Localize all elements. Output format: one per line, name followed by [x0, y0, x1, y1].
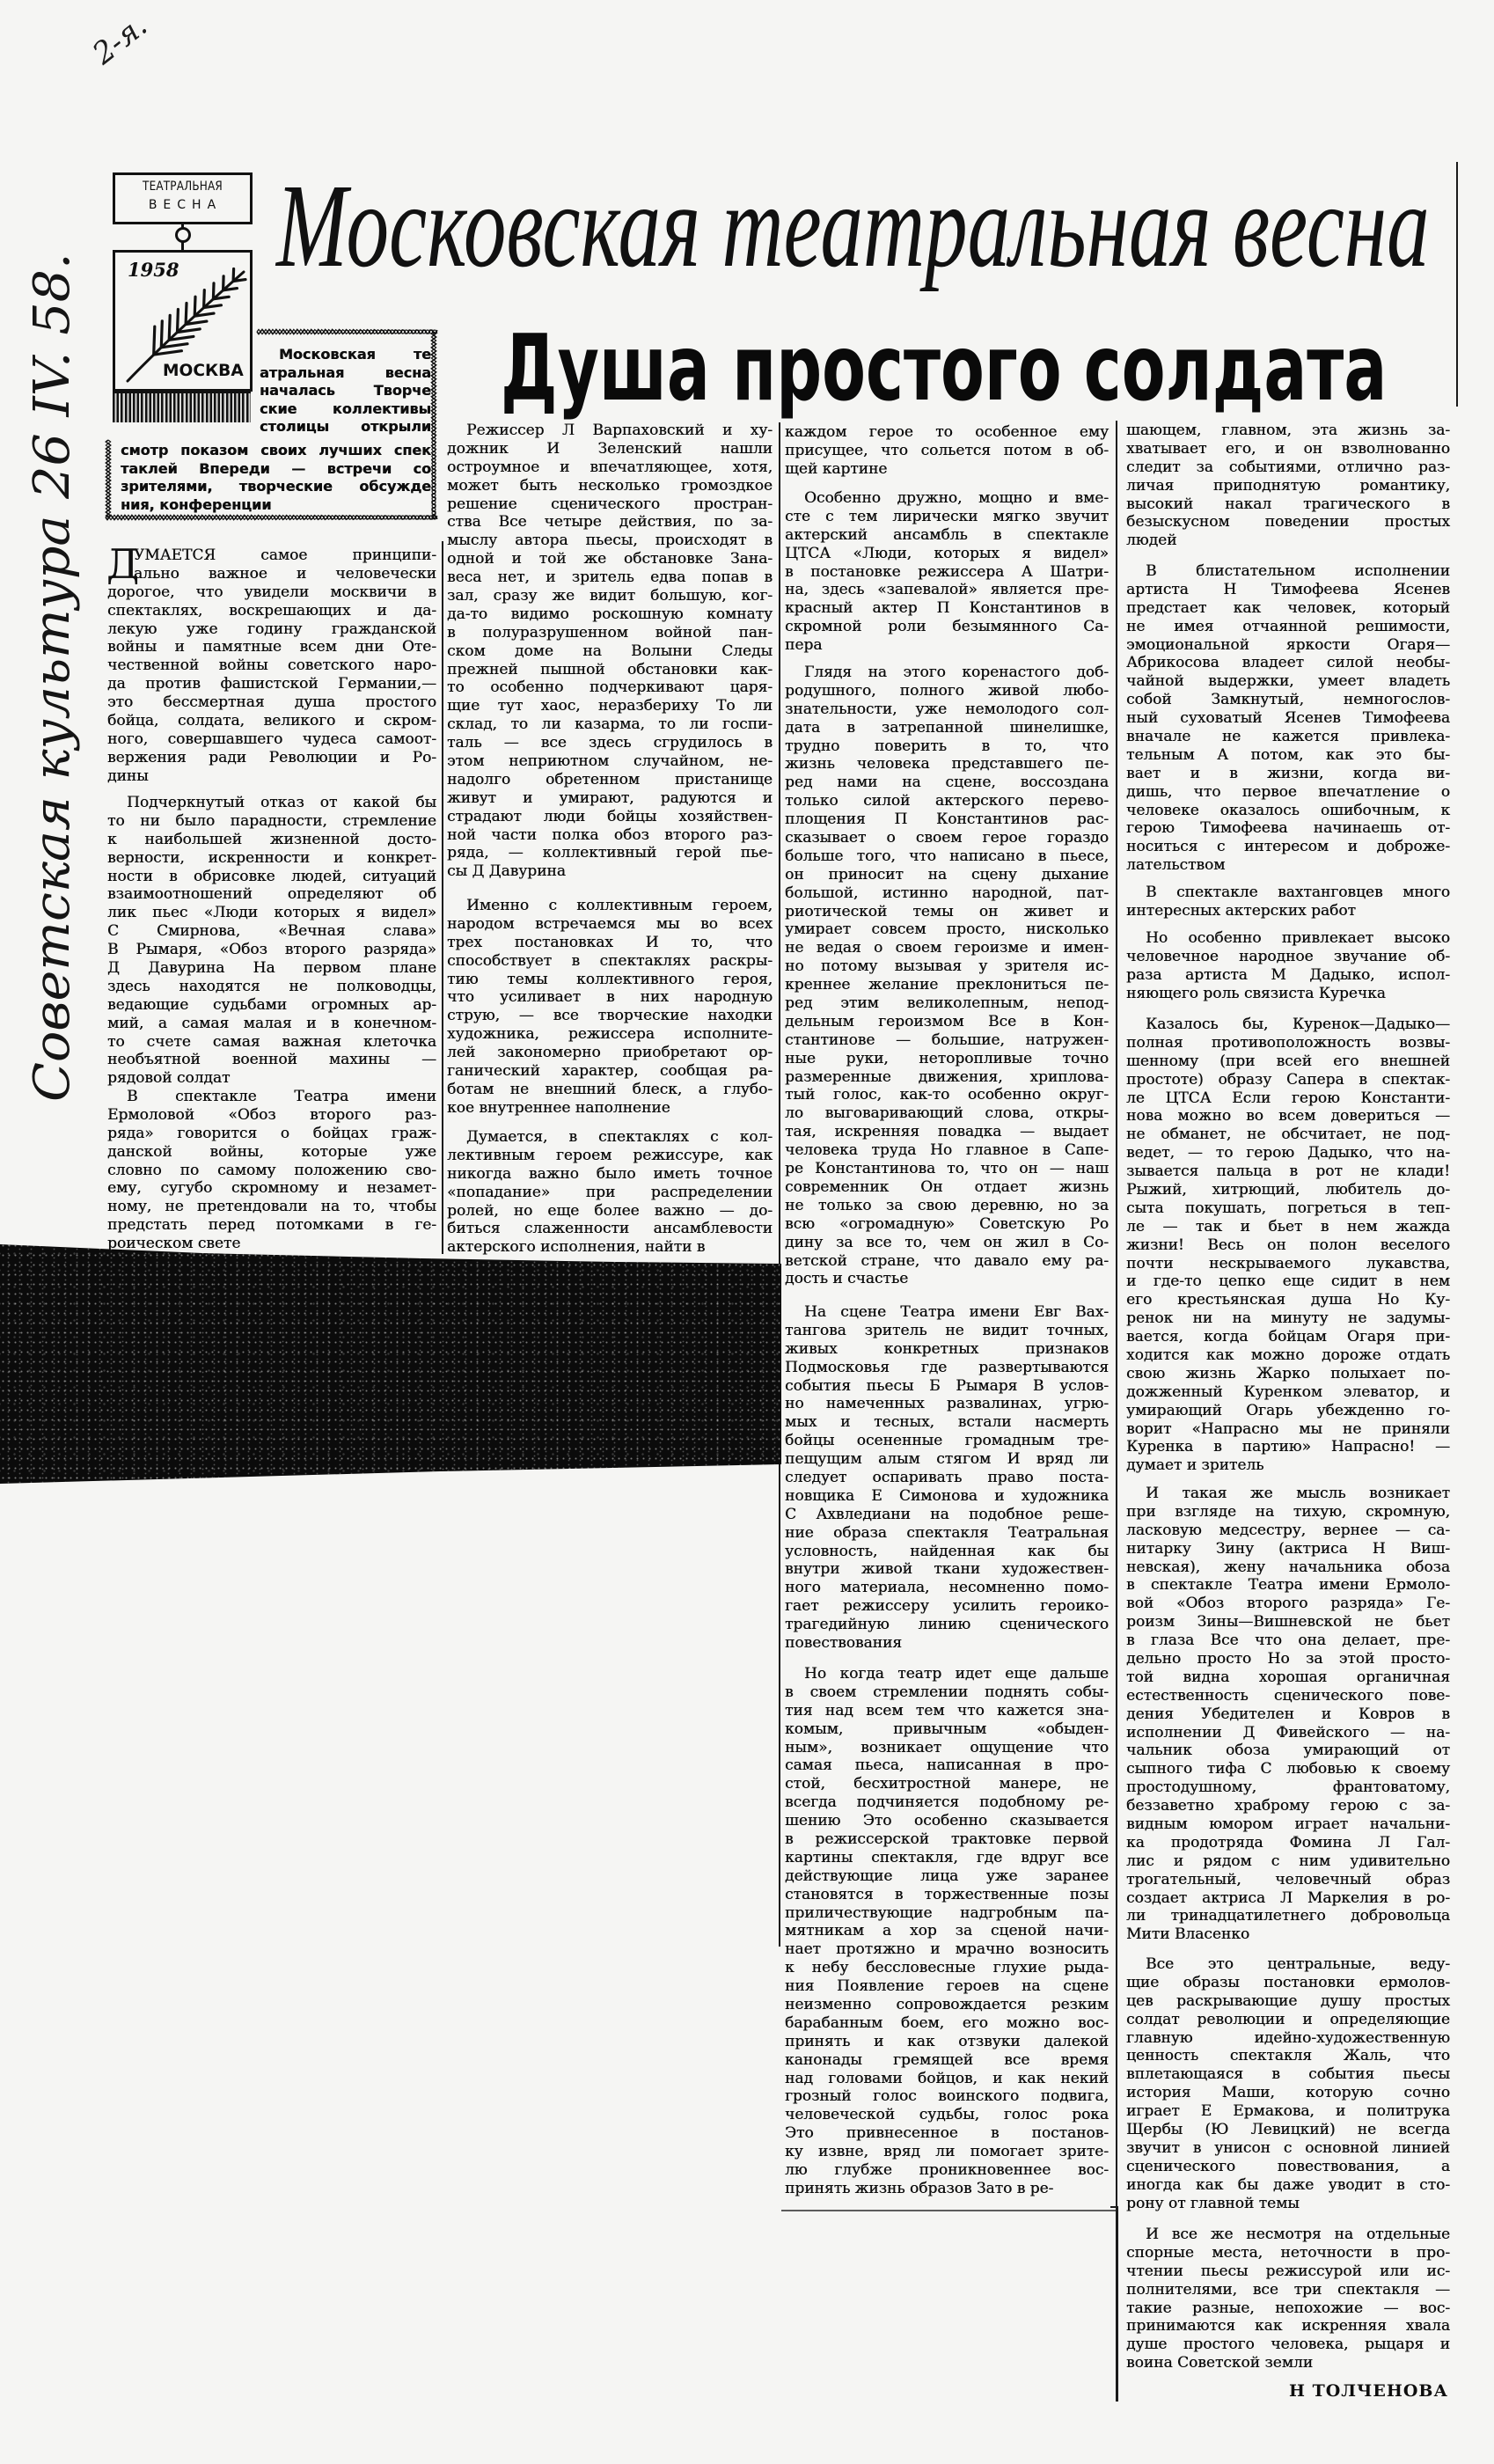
text-line: ния, конференции	[121, 496, 431, 515]
text-line: мыслу автора пьесы, происходят в	[447, 532, 773, 550]
column-rule-thick	[1116, 2206, 1118, 2402]
text-line: нает протяжно и мрачно возносить	[785, 1940, 1109, 1959]
drop-cap: Д	[106, 544, 139, 584]
text-line: щей картине	[785, 460, 1109, 479]
text-line: грозный голос воинского подвига,	[785, 2087, 1109, 2106]
text-line: прежней пышной обстановки как-	[447, 661, 773, 679]
text-line: началась Творче	[260, 382, 431, 400]
text-line: Мити Власенко	[1126, 1925, 1450, 1944]
text-line: канонады гремящей все время	[785, 2051, 1109, 2070]
text-line: спектаклях, воскрешающих и да-	[107, 602, 436, 620]
text-line: нитарку Зину (актриса Н Виш-	[1126, 1540, 1450, 1558]
text-line: ценность спектакля Жаль, что	[1126, 2047, 1450, 2065]
text-line: к небу бессловесные глухие рыда-	[785, 1959, 1109, 1977]
rule-tick	[1110, 2206, 1117, 2208]
text-line: человеке оказалось ошибочным, к	[1126, 802, 1450, 820]
text-line: Ермоловой «Обоз второго раз-	[107, 1106, 436, 1125]
text-line: пещущим алым стягом И вряд ли	[785, 1450, 1109, 1469]
text-line: мятникам а хор за сценой начи-	[785, 1922, 1109, 1940]
text-line: Все это центральные, веду-	[1146, 1955, 1450, 1974]
text-line: больше того, что написано в пьесе,	[785, 847, 1109, 866]
text-line: ботам не внешний блеск, а глубо-	[447, 1081, 773, 1099]
text-line: лательством	[1126, 856, 1450, 875]
text-line: интересных актерских работ	[1126, 902, 1450, 920]
text-line: дожженный Куренком элеватор, и	[1126, 1383, 1450, 1402]
text-line: В спектакле вахтанговцев много	[1146, 884, 1450, 902]
text-line: сыпного тифа С любовью к своему	[1126, 1760, 1450, 1778]
paragraph: На сцене Театра имени Евг Вах-тангова зр…	[785, 1303, 1109, 1653]
text-line: ку извне, вряд ли помогает зрите-	[785, 2143, 1109, 2161]
text-line: И все же несмотря на отдельные	[1146, 2226, 1450, 2244]
text-line: жизнь человека представшего пе-	[785, 755, 1109, 774]
text-line: повествования	[785, 1634, 1109, 1653]
text-line: то особенно подчеркивают царя-	[447, 678, 773, 697]
text-line: пера	[785, 636, 1109, 655]
text-line: свою жизнь Жарко полыхает по-	[1126, 1365, 1450, 1383]
handwritten-margin-text: Советская культура 26 IV. 58.	[18, 253, 88, 1102]
text-line: ле — так и бьет в нем жажда	[1126, 1218, 1450, 1236]
column-rule-right	[1456, 162, 1458, 407]
text-line: Именно с коллективным героем,	[466, 897, 773, 915]
text-line: сценического повествования, а	[1126, 2158, 1450, 2176]
text-line: чтении пьесы режиссурой или ис-	[1126, 2262, 1450, 2281]
paragraph: Режиссер Л Варпаховский и ху-дожник И Зе…	[447, 422, 773, 881]
text-line: С Смирнова, «Вечная слава»	[107, 922, 436, 941]
text-line: принять и как отзвуки далекой	[785, 2033, 1109, 2051]
rubric-plate: 1958 МОСКВА	[113, 250, 253, 392]
text-line: но потому вызывая у зрителя ис-	[785, 957, 1109, 976]
text-line: На сцене Театра имени Евг Вах-	[804, 1303, 1109, 1322]
paragraph: В блистательном исполненииартиста Н Тимо…	[1126, 562, 1450, 875]
text-line: скромной роли безымянного Са-	[785, 618, 1109, 636]
text-line: самая пьеса, написанная в про-	[785, 1756, 1109, 1775]
text-line: площения П Константинов рас-	[785, 810, 1109, 829]
text-line: одной и той же обстановке Зана-	[447, 550, 773, 568]
text-line: Но особенно привлекает высоко	[1146, 929, 1450, 948]
text-line: ведающие судьбами огромных ар-	[107, 996, 436, 1015]
text-line: ЦТСА «Люди, которых я видел»	[785, 545, 1109, 563]
text-line: ские коллективы	[260, 400, 431, 419]
text-line: ства Все четыре действия, по за-	[447, 513, 773, 532]
text-line: ло выговаривающий слова, откры-	[785, 1104, 1109, 1123]
text-line: ряда» говорится о бойцах граж-	[107, 1125, 436, 1143]
text-line: вается, когда бойцам Огаря при-	[1126, 1328, 1450, 1346]
text-line: невская), жену начальника обоза	[1126, 1558, 1450, 1577]
text-line: главную идейно-художественную	[1126, 2029, 1450, 2048]
text-line: это бессмертная душа простого	[107, 693, 436, 712]
text-line: живут и умирают, радуются и	[447, 789, 773, 808]
text-line: каждом герое то особенное ему	[785, 423, 1109, 442]
text-line: ред нами на сцене, воссоздана	[785, 774, 1109, 792]
text-line: никогда важно было иметь точное	[447, 1165, 773, 1184]
text-line: может быть несколько громоздкое	[447, 477, 773, 495]
text-line: внутри живой ткани художествен-	[785, 1560, 1109, 1579]
newspaper-clipping: 2-я. Советская культура 26 IV. 58. ТЕАТР…	[0, 0, 1494, 2464]
text-line: стой, бесхитростной манере, не	[785, 1775, 1109, 1793]
column-rule	[779, 422, 780, 1947]
text-line: на, здесь «запевалой» является пре-	[785, 581, 1109, 599]
text-line: чественной войны советского наро-	[107, 656, 436, 675]
text-line: тый голос, как-то особенно округ-	[785, 1086, 1109, 1104]
text-line: вой «Обоз второго разряда» Ге-	[1126, 1595, 1450, 1613]
announcement-box-bottom: смотр показом своих лучших спек таклей В…	[121, 442, 431, 514]
text-line: такие разные, непохожие — вос-	[1126, 2299, 1450, 2318]
text-line: ему, сугубо скромному и незамет-	[107, 1179, 436, 1198]
text-line: ли тринадцатилетнего добровольца	[1126, 1907, 1450, 1925]
text-line: ным», возникает ощущение что	[785, 1739, 1109, 1757]
text-line: сы Д Давурина	[447, 862, 773, 881]
text-line: лективным героем режиссуре, как	[447, 1147, 773, 1165]
text-line: Глядя на этого коренастого доб-	[804, 664, 1109, 682]
paragraph: В спектакле Театра имениЕрмоловой «Обоз …	[107, 1088, 436, 1253]
rubric-city: МОСКВА	[163, 361, 244, 380]
text-line: при взгляде на тихую, скромную,	[1126, 1503, 1450, 1522]
text-line: естественность сценического пове-	[1126, 1687, 1450, 1705]
text-line: ре Константинова то, что он — наш	[785, 1160, 1109, 1178]
text-line: думает и зритель	[1126, 1456, 1450, 1475]
text-line: ние образа спектакля Театральная	[785, 1524, 1109, 1543]
text-line: стантинове — большие, натружен-	[785, 1031, 1109, 1050]
text-line: трогательный, человечный образ	[1126, 1871, 1450, 1889]
text-line: сте с тем лирически мягко звучит	[785, 508, 1109, 526]
text-line: простодушному, франтоватому,	[1126, 1778, 1450, 1797]
text-line: история Маши, которую сочно	[1126, 2084, 1450, 2102]
paragraph: В спектакле вахтанговцев многоинтересных…	[1126, 884, 1450, 920]
text-line: полнителями, все три спектакля —	[1126, 2281, 1450, 2299]
text-line: солдат революции и определяющие	[1126, 2011, 1450, 2029]
text-line: данской войны, которые уже	[107, 1143, 436, 1162]
text-line: роизм Зины—Вишневской не бьет	[1126, 1613, 1450, 1632]
text-line: герою Тимофеева начинаешь от-	[1126, 819, 1450, 838]
text-line: носиться с интересом и доброже-	[1126, 838, 1450, 856]
text-line: Абрикосова владеет силой необы-	[1126, 654, 1450, 672]
text-line: С Ахвледиани на подобное реше-	[785, 1506, 1109, 1524]
text-line: зал, сразу же видит большую, ког-	[447, 587, 773, 605]
text-line: лекую уже годину гражданской	[107, 620, 436, 639]
text-line: принять жизнь образов Зато в ре-	[785, 2180, 1109, 2198]
text-line: дины	[107, 767, 436, 786]
text-line: предстает как человек, который	[1126, 599, 1450, 618]
paragraph: Особенно дружно, мощно и вме-сте с тем л…	[785, 489, 1109, 655]
text-line: в постановке режиссера А Шатри-	[785, 563, 1109, 582]
text-line: чайной выдержки, умеет владеть	[1126, 672, 1450, 691]
paragraph: Все это центральные, веду-щие образы пос…	[1126, 1955, 1450, 2212]
rubric-label-line1: ТЕАТРАЛЬНАЯ	[125, 178, 241, 196]
text-line: В Рымаря, «Обоз второго разряда»	[107, 941, 436, 959]
text-line: картины спектакля, где вдруг все	[785, 1849, 1109, 1867]
text-line: сказывает о своем герое гораздо	[785, 829, 1109, 847]
text-line: ально важное и человечески	[134, 565, 436, 583]
text-line: тия над всем тем что кажется зна-	[785, 1702, 1109, 1720]
text-line: то ни было парадности, стремление	[107, 812, 436, 831]
text-line: ности в обрисовке людей, ситуаций	[107, 868, 436, 886]
text-line: Это привнесенное в постанов-	[785, 2124, 1109, 2143]
text-line: Московская те	[279, 346, 431, 364]
text-line: приличествующие надгробным па-	[785, 1904, 1109, 1923]
paragraph: Думается, в спектаклях с кол-лективным г…	[447, 1128, 773, 1257]
text-line: умирающий Огарь убежденно го-	[1126, 1402, 1450, 1420]
text-line: той видна хорошая органичная	[1126, 1668, 1450, 1687]
text-line: видным юмором играет начальни-	[1126, 1815, 1450, 1834]
text-line: ного, совершавшего чудеса самоот-	[107, 730, 436, 749]
text-line: создает актриса Л Маркелия в ро-	[1126, 1889, 1450, 1908]
text-line: Режиссер Л Варпаховский и ху-	[466, 422, 773, 440]
text-line: он приносит на сцену дыхание	[785, 866, 1109, 884]
text-line: таль — все здесь сгрудилось в	[447, 734, 773, 752]
text-line: смотр показом своих лучших спек	[121, 442, 431, 460]
text-line: народом встречаемся мы во всех	[447, 915, 773, 934]
text-line: становятся в торжественные позы	[785, 1886, 1109, 1904]
paragraph: Подчеркнутый отказ от какой быто ни было…	[107, 794, 436, 1088]
text-line: рядовой солдат	[107, 1069, 436, 1088]
text-line: дельно просто Но за этой просто-	[1126, 1650, 1450, 1668]
text-line: шающем, главном, эта жизнь за-	[1126, 422, 1450, 440]
text-line: няющего роль связиста Куречка	[1126, 985, 1450, 1003]
text-line: людей	[1126, 532, 1450, 550]
text-line: биться слаженности ансамблевости	[447, 1220, 773, 1238]
text-line: щие тут хаос, неразбериху То ли	[447, 697, 773, 715]
text-line: риотической темы он живет и	[785, 903, 1109, 921]
text-line: цев раскрывающие душу простых	[1126, 1992, 1450, 2011]
black-scan-block	[0, 1241, 781, 1487]
text-line: раза артиста М Дадыко, испол-	[1126, 966, 1450, 985]
text-line: актерский ансамбль в спектакле	[785, 526, 1109, 545]
text-line: душе простого человека, рыцаря и	[1126, 2336, 1450, 2354]
text-line: ному, не претендовали на то, чтобы	[107, 1198, 436, 1216]
text-line: над головами бойцов, и как некий	[785, 2070, 1109, 2088]
text-line: родушного, полного живой любо-	[785, 682, 1109, 700]
text-line: УМАЕТСЯ самое принципи-	[134, 546, 436, 565]
text-line: ходится как можно дороже отдать	[1126, 1346, 1450, 1365]
paragraph: каждом герое то особенное емуприсущее, ч…	[785, 423, 1109, 479]
text-line: «попадание» при распределении	[447, 1184, 773, 1202]
text-line: что усиливает в них народную	[447, 988, 773, 1007]
text-line: ного материала, несомненно помо-	[785, 1579, 1109, 1597]
text-line: жизни! Весь он полон веселого	[1126, 1236, 1450, 1255]
paragraph: шающем, главном, эта жизнь за-хватывает …	[1126, 422, 1450, 550]
rubric-title: Московская театральная весна	[276, 166, 1494, 286]
text-line: живых конкретных признаков	[785, 1340, 1109, 1359]
text-line: дину за все то, чем он жил в Со-	[785, 1234, 1109, 1252]
text-line: Д Давурина На первом плане	[107, 959, 436, 978]
text-line: нова можно во всем довериться —	[1126, 1107, 1450, 1126]
text-line: зывается пальца в рот не клади!	[1126, 1162, 1450, 1181]
text-line: надолго обретенном пристанище	[447, 771, 773, 789]
text-line: присущее, что сольется потом в об-	[785, 442, 1109, 460]
text-line: эмоциональной яркости Огаря—	[1126, 636, 1450, 655]
text-line: звучит в унисон с основной линией	[1126, 2139, 1450, 2158]
rubric-label-line2: ВЕСНА	[115, 196, 250, 215]
text-line: хватывает его, и он взволнованно	[1126, 440, 1450, 458]
text-line: словно по самому положению сво-	[107, 1162, 436, 1180]
text-line: вает и в жизни, когда ви-	[1126, 765, 1450, 783]
text-line: атральная весна	[260, 364, 431, 383]
author-byline: Н ТОЛЧЕНОВА	[1289, 2380, 1448, 2402]
text-line: тая, искренняя повадка — выдает	[785, 1123, 1109, 1141]
text-line: дата в затрепанной шинелишке,	[785, 719, 1109, 737]
text-line: его крестьянская душа Но Ку-	[1126, 1291, 1450, 1309]
text-line: В спектакле Театра имени	[127, 1088, 436, 1106]
text-line: склад, то ли казарма, то ли госпи-	[447, 715, 773, 734]
text-line: вначале не кажется привлека-	[1126, 728, 1450, 746]
text-line: ной части полка обоз второго раз-	[447, 826, 773, 845]
text-line: комым, привычным «обыден-	[785, 1720, 1109, 1739]
text-line: войны и памятные всем дни Оте-	[107, 638, 436, 656]
text-line: художника, режиссера исполните-	[447, 1025, 773, 1044]
text-line: спорные места, неточности в про-	[1126, 2244, 1450, 2262]
text-line: столицы открыли	[260, 418, 431, 436]
paragraph: И такая же мысль возникаетпри взгляде на…	[1126, 1485, 1450, 1944]
text-line: ласковую медсестру, вернее — са-	[1126, 1522, 1450, 1540]
rubric-year: 1958	[128, 260, 179, 281]
text-line: новщика Е Симонова и художника	[785, 1487, 1109, 1506]
text-line: иногда как бы даже уводит в сто-	[1126, 2176, 1450, 2195]
text-line: артиста Н Тимофеева Ясенев	[1126, 581, 1450, 599]
text-line: дость и счастье	[785, 1270, 1109, 1288]
text-line: исполнении Д Фивейского — на-	[1126, 1724, 1450, 1742]
text-line: ка продотряда Фомина Л Гал-	[1126, 1834, 1450, 1852]
text-line: В блистательном исполнении	[1146, 562, 1450, 581]
column-rule	[442, 541, 443, 1254]
text-line: знательности, уже немолодого сол-	[785, 700, 1109, 719]
text-line: в режиссерской трактовке первой	[785, 1830, 1109, 1849]
text-line: лей закономерно приобретают ор-	[447, 1044, 773, 1062]
text-line: трудно поверить в то, что	[785, 737, 1109, 756]
text-line: предстать перед потомками в ге-	[107, 1216, 436, 1235]
text-line: здесь находятся не полководцы,	[107, 978, 436, 996]
text-line: тию темы коллективного героя,	[447, 971, 773, 989]
text-line: трех постановках И то, что	[447, 934, 773, 952]
text-line: события пьесы Б Рымаря В услов-	[785, 1377, 1109, 1396]
text-line: зрителями, творческие обсужде	[121, 478, 431, 496]
text-line: Куренка в партию» Напрасно! —	[1126, 1438, 1450, 1456]
handwritten-corner-note: 2-я.	[86, 8, 154, 71]
text-line: чальник обоза умирающий от	[1126, 1742, 1450, 1760]
text-line: бойцы осененные громадным тре-	[785, 1432, 1109, 1450]
handwritten-margin-note: Советская культура 26 IV. 58.	[18, 253, 88, 1102]
text-line: большой, истинно народной, пат-	[785, 884, 1109, 903]
text-line: этом неприютном случайном, не-	[447, 752, 773, 771]
text-line: размеренные движения, хриплова-	[785, 1068, 1109, 1087]
text-line: следует оспаривать право поста-	[785, 1469, 1109, 1487]
text-line: мых и тесных, встали насмерть	[785, 1413, 1109, 1432]
paragraph: Но когда театр идет еще дальшев своем ст…	[785, 1665, 1109, 2198]
text-line: И такая же мысль возникает	[1146, 1485, 1450, 1503]
text-line: вплетающаяся в события пьесы	[1126, 2065, 1450, 2084]
text-line: к наибольшей жизненной досто-	[107, 831, 436, 849]
text-line: но намеченных развалинах, угрю-	[785, 1395, 1109, 1413]
text-line: кое внутреннее наполнение	[447, 1099, 773, 1118]
text-line: ренок ни на минуту не задумы-	[1126, 1309, 1450, 1328]
text-line: ском доме на Волыни Следы	[447, 642, 773, 661]
text-line: взаимоотношений определяют об	[107, 885, 436, 904]
text-line: в глаза Все что она делает, пре-	[1126, 1632, 1450, 1650]
text-line: полная противоположность возвы-	[1126, 1034, 1450, 1052]
text-line: не ведая о своем героизме и имен-	[785, 939, 1109, 957]
text-line: лик пьес «Люди которых я видел»	[107, 904, 436, 922]
text-line: Щербы (Ю Левицкий) не всегда	[1126, 2121, 1450, 2139]
hatched-fringe	[113, 392, 251, 422]
text-line: мий, а самая малая и в конечном-	[107, 1015, 436, 1033]
text-line: Рыжий, хитрющий, любитель до-	[1126, 1181, 1450, 1199]
text-line: веса нет, и зритель едва попав в	[447, 568, 773, 587]
text-line: ролей, но еще более важно — до-	[447, 1202, 773, 1221]
article-headline-text: Душа простого солдата	[501, 324, 1387, 414]
text-line: умирает совсем просто, нисколько	[785, 920, 1109, 939]
text-line: лис и рядом с ним удивительно	[1126, 1852, 1450, 1871]
paragraph: Именно с коллективным героем,народом вст…	[447, 897, 773, 1118]
paragraph: Глядя на этого коренастого доб-родушного…	[785, 664, 1109, 1288]
text-line: ния Появление героев на сцене	[785, 1977, 1109, 1996]
text-line: остроумное и впечатляющее, хотя,	[447, 458, 773, 477]
text-line: рону от главной темы	[1126, 2195, 1450, 2213]
text-line: ле ЦТСА Если герою Константи-	[1126, 1089, 1450, 1108]
text-line: щие образы постановки ермолов-	[1126, 1974, 1450, 1992]
text-line: следит за событиями, отлично раз-	[1126, 458, 1450, 477]
text-line: ветской стране, что давало ему ра-	[785, 1252, 1109, 1271]
text-line: в полуразрушенном войной пан-	[447, 624, 773, 642]
text-line: играет Е Ермакова, и политрука	[1126, 2102, 1450, 2121]
text-line: необъятной военной махины —	[107, 1051, 436, 1069]
paragraph: ДУМАЕТСЯ самое принципи-ально важное и ч…	[107, 546, 436, 786]
text-line: условность, найденная как бы	[785, 1543, 1109, 1561]
text-line: и где-то цепко еще сидит в нем	[1126, 1272, 1450, 1291]
text-line: Думается, в спектаклях с кол-	[466, 1128, 773, 1147]
text-line: человека труда Но главное в Сапе-	[785, 1141, 1109, 1160]
text-line: креннее желание преклониться пе-	[785, 976, 1109, 994]
text-line: верности, искренности и конкрет-	[107, 849, 436, 868]
text-line: ред этим великолепным, непод-	[785, 994, 1109, 1013]
text-line: барабанным боем, его можно вос-	[785, 2014, 1109, 2033]
text-line: таклей Впереди — встречи со	[121, 460, 431, 479]
text-line: безыскусном поведении простых	[1126, 513, 1450, 532]
text-line: способствует в спектаклях раскры-	[447, 952, 773, 971]
text-line: Казалось бы, Куренок—Дадыко—	[1146, 1016, 1450, 1034]
text-line: то счете самая важная клеточка	[107, 1033, 436, 1052]
text-line: человечное народное звучание об-	[1126, 948, 1450, 966]
text-line: в своем стремлении поднять собы-	[785, 1683, 1109, 1702]
text-line: дельным героизмом Все в Кон-	[785, 1013, 1109, 1031]
text-line: роическом свете	[107, 1235, 436, 1253]
text-line: дожник И Зеленский нашли	[447, 440, 773, 458]
paragraph: Казалось бы, Куренок—Дадыко—полная проти…	[1126, 1016, 1450, 1475]
text-line: неизменно сопровождается резким	[785, 1996, 1109, 2014]
text-line: Особенно дружно, мощно и вме-	[804, 489, 1109, 508]
rubric-title-text: Московская театральная весна	[276, 166, 1430, 286]
text-line: дорогое, что увидели москвичи в	[107, 583, 436, 602]
text-line: только силой актерского перево-	[785, 792, 1109, 810]
rubric-label-box: ТЕАТРАЛЬНАЯ ВЕСНА	[113, 172, 253, 224]
text-line: человеческой судьбы, голос рока	[785, 2106, 1109, 2124]
text-line: Подмосковья где развертываются	[785, 1359, 1109, 1377]
announcement-box-top: Московская те атральная весна началась Т…	[260, 346, 431, 436]
paragraph: И все же несмотря на отдельныеспорные ме…	[1126, 2226, 1450, 2372]
text-line: тангова зритель не видит точных,	[785, 1322, 1109, 1340]
text-line: трагедийную линию сценического	[785, 1616, 1109, 1634]
text-line: всю «огромадную» Советскую Ро	[785, 1215, 1109, 1234]
text-line: Подчеркнутый отказ от какой бы	[127, 794, 436, 812]
text-line: да против фашистской Германии,—	[107, 675, 436, 693]
text-line: ведет, — то герою Дадыко, что на-	[1126, 1144, 1450, 1162]
paragraph: Но особенно привлекает высокочеловечное …	[1126, 929, 1450, 1003]
text-line: красный актер П Константинов в	[785, 599, 1109, 618]
article-headline: Душа простого солдата	[501, 324, 1494, 414]
text-line: актерского исполнения, найти в	[447, 1238, 773, 1257]
text-line: сыта покушать, погреться в теп-	[1126, 1199, 1450, 1218]
text-line: струю, — все творческие находки	[447, 1007, 773, 1025]
text-line: страдают люди бойцы хозяйствен-	[447, 808, 773, 826]
text-line: ганический характер, сообщая ра-	[447, 1062, 773, 1081]
